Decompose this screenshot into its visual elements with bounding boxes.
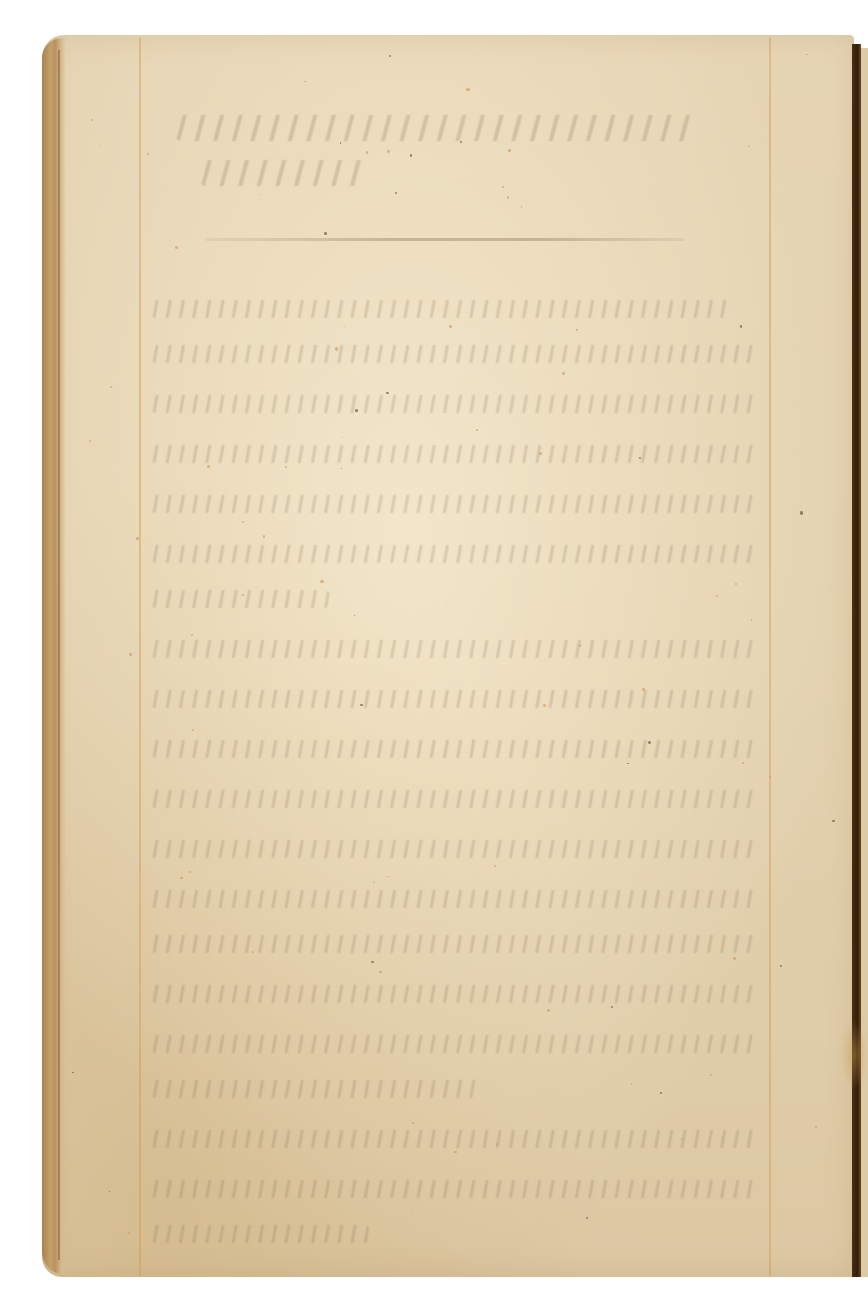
speck bbox=[562, 372, 565, 375]
speck bbox=[576, 329, 577, 330]
speck bbox=[716, 595, 718, 597]
body-ink-line bbox=[150, 1180, 760, 1198]
speck bbox=[733, 957, 736, 960]
body-ink-line bbox=[150, 495, 760, 513]
speck bbox=[263, 535, 265, 537]
speck bbox=[242, 521, 244, 523]
adjacent-page-edge bbox=[861, 48, 868, 1277]
speck bbox=[387, 876, 388, 877]
speck bbox=[320, 580, 323, 583]
body-ink-line bbox=[150, 690, 760, 708]
speck bbox=[72, 1072, 73, 1073]
foxed-page-edge bbox=[42, 38, 66, 1274]
speck bbox=[710, 1074, 712, 1076]
speck bbox=[800, 511, 803, 514]
speck bbox=[175, 246, 178, 249]
body-ink-line bbox=[150, 1080, 480, 1098]
speck bbox=[191, 634, 193, 636]
left-margin-rule bbox=[139, 38, 141, 1276]
heading-ink-line bbox=[200, 160, 365, 186]
speck bbox=[180, 877, 182, 879]
speck bbox=[815, 1126, 817, 1128]
speck bbox=[355, 409, 358, 412]
speck bbox=[466, 88, 469, 91]
speck bbox=[324, 232, 326, 234]
speck bbox=[129, 653, 132, 656]
body-ink-line bbox=[150, 840, 760, 858]
body-ink-line bbox=[150, 545, 760, 563]
body-ink-line bbox=[150, 640, 760, 658]
body-ink-line bbox=[150, 300, 730, 318]
speck bbox=[508, 149, 511, 152]
speck bbox=[242, 594, 243, 595]
speck bbox=[189, 908, 190, 909]
speck bbox=[360, 704, 362, 706]
speck bbox=[627, 763, 628, 764]
speck bbox=[742, 762, 744, 764]
speck bbox=[309, 796, 310, 797]
body-ink-line bbox=[150, 395, 760, 413]
book-gutter bbox=[852, 44, 861, 1277]
speck bbox=[259, 194, 260, 195]
speck bbox=[780, 965, 782, 967]
body-ink-line bbox=[150, 740, 760, 758]
speck bbox=[769, 776, 771, 778]
speck bbox=[136, 537, 139, 540]
speck bbox=[412, 1122, 414, 1124]
body-ink-line bbox=[150, 985, 760, 1003]
heading-ink-line bbox=[175, 115, 695, 141]
speck bbox=[460, 141, 462, 143]
body-ink-line bbox=[150, 1130, 760, 1148]
speck bbox=[507, 196, 509, 198]
body-ink-line bbox=[150, 345, 760, 363]
speck bbox=[410, 154, 412, 156]
body-ink-line bbox=[150, 890, 760, 908]
water-stain bbox=[840, 1020, 868, 1090]
speck bbox=[681, 1138, 682, 1139]
right-margin-rule bbox=[769, 38, 771, 1276]
body-ink-line bbox=[150, 1035, 760, 1053]
speck bbox=[476, 429, 478, 431]
heading-divider-rule bbox=[205, 238, 685, 241]
page-edge-crease bbox=[58, 50, 60, 1260]
body-ink-line bbox=[150, 935, 760, 953]
body-ink-line bbox=[150, 590, 330, 608]
speck bbox=[395, 192, 397, 194]
body-ink-line bbox=[150, 445, 760, 463]
speck bbox=[832, 820, 834, 822]
body-ink-line bbox=[150, 790, 760, 808]
speck bbox=[494, 865, 496, 867]
speck bbox=[660, 1092, 662, 1094]
body-ink-line bbox=[150, 1225, 370, 1243]
speck bbox=[128, 1232, 130, 1234]
speck bbox=[91, 119, 93, 121]
